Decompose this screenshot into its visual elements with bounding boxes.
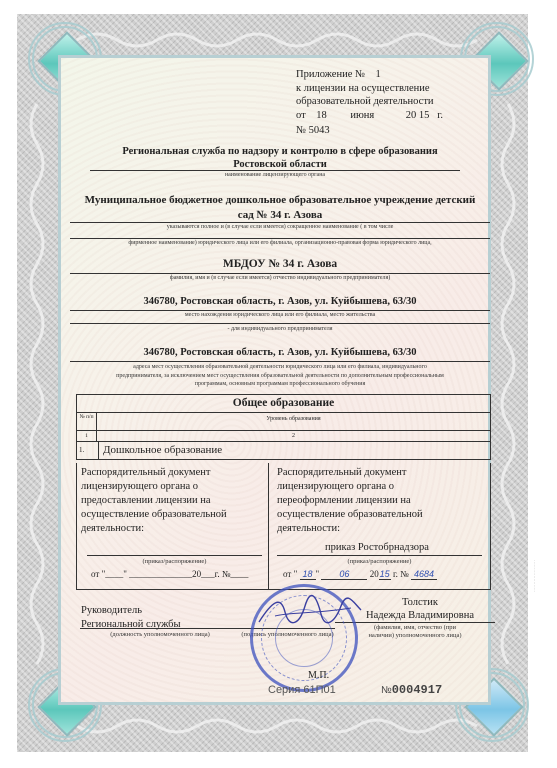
divider [70,273,490,274]
caption: - для индивидуального предпринимателя [70,326,490,332]
caption: указываются полное и (в случае если имее… [70,224,490,230]
appendix-year: 20 15 [406,110,430,121]
text-line: лицензирующего органа о [81,480,268,494]
date-prefix: от [296,110,306,121]
caption: программам, основным программам професси… [70,380,490,389]
grant-order-text: Распорядительный документ лицензирующего… [77,463,268,536]
reissue-order-box: Распорядительный документ лицензирующего… [269,463,490,589]
caption: адреса мест осуществления образовательно… [70,363,490,372]
licensee-full-name: Муниципальное бюджетное дошкольное образ… [70,193,490,223]
number-label: № [296,125,306,136]
order-field-line [87,555,262,556]
appendix-number: 1 [376,69,381,80]
reissue-order-number: 4684 [411,569,437,580]
text-line: лицензирующего органа о [277,480,490,494]
table-title: Общее образование [77,395,490,413]
number-value: 0004917 [392,683,442,697]
table-row: 1. Дошкольное образование [77,442,490,459]
number-label: № [381,685,392,696]
divider [70,222,490,223]
surname: Толстик [345,596,495,609]
date-prefix: от " [283,569,297,579]
text-line: осуществление образовательной [81,508,268,522]
licensee-name-line: Муниципальное бюджетное дошкольное образ… [70,193,490,208]
signatory-name: Толстик Надежда Владимировна [345,596,495,622]
number-label: г. № [393,569,409,579]
reissue-date-line: от " 18" 06 2015 г. № 4684 [283,569,437,580]
divider [70,361,490,362]
authority-caption: наименование лицензирующего органа [90,172,460,178]
year-suffix: г. [437,110,443,121]
reissue-order-text: Распорядительный документ лицензирующего… [269,463,490,536]
caption-block: адреса мест осуществления образовательно… [70,363,490,389]
reissue-month: 06 [321,569,367,580]
divider [80,628,240,629]
grant-order-box: Распорядительный документ лицензирующего… [77,463,269,589]
appendix-label: Приложение № [296,69,365,80]
divider [70,310,490,311]
text-line: Распорядительный документ [277,466,490,480]
series-value: 61П01 [303,684,335,696]
order-caption: (приказ/распоряжение) [277,558,482,565]
appendix-header: Приложение № 1 к лицензии на осуществлен… [296,68,496,138]
reissue-order-value: приказ Ростобрнадзора [277,542,477,553]
table-index-row: 1 2 [77,431,490,442]
position-line: Руководитель [81,604,181,618]
licensee-short-name: МБДОУ № 34 г. Азова [70,258,490,270]
handwritten-signature-icon [255,592,365,630]
text-line: Распорядительный документ [81,466,268,480]
education-table: Общее образование № п/п Уровень образова… [76,394,491,460]
year-prefix: 20 [370,569,379,579]
form-series: Серия 61П01 [268,684,336,696]
order-field-line [277,555,482,556]
grant-date-line: от "____" ______________20___г. №____ [91,569,248,579]
authority-name: Региональная служба по надзору и контрол… [70,145,490,171]
given-names: Надежда Владимировна [345,609,495,622]
seal-label: М.П. [308,670,329,681]
text-line: деятельности: [277,522,490,536]
reissue-day: 18 [300,569,316,580]
form-number: №0004917 [381,683,442,697]
reissue-year: 15 [379,569,391,580]
education-level: Дошкольное образование [99,442,490,459]
text-line: переоформлении лицензии на [277,494,490,508]
printer-imprint: ····················· [532,560,537,592]
index-cell: 2 [97,431,490,441]
row-number: 1. [77,442,99,459]
col-no-header: № п/п [77,413,97,430]
order-documents: Распорядительный документ лицензирующего… [76,463,491,590]
col-level-header: Уровень образования [97,413,490,430]
table-header-row: № п/п Уровень образования [77,413,490,431]
appendix-line: к лицензии на осуществление [296,82,496,96]
text-line: деятельности: [81,522,268,536]
activity-address: 346780, Ростовская область, г. Азов, ул.… [70,347,490,358]
appendix-reg-number: 5043 [309,125,330,136]
appendix-line: образовательной деятельности [296,95,496,109]
divider [70,323,490,324]
appendix-day: 18 [316,110,327,121]
caption: наличии) уполномоченного лица) [335,632,495,640]
series-label: Серия [268,684,300,696]
divider [90,170,460,171]
position-caption: (должность уполномоченного лица) [80,631,240,638]
text-line: осуществление образовательной [277,508,490,522]
text-line: предоставлении лицензии на [81,494,268,508]
appendix-month: июня [350,110,374,121]
legal-address: 346780, Ростовская область, г. Азов, ул.… [70,296,490,307]
caption: фамилия, имя и (в случае если имеется) о… [70,275,490,281]
caption: предпринимателя, за исключением мест осу… [70,372,490,381]
caption: место нахождения юридического лица или е… [70,312,490,318]
authority-name-line: Региональная служба по надзору и контрол… [70,145,490,158]
index-cell: 1 [77,431,97,441]
order-caption: (приказ/распоряжение) [87,558,262,565]
position-line: Региональной службы [81,618,181,632]
caption: фирменное наименование) юридического лиц… [70,240,490,246]
divider [70,238,490,239]
licensee-name-line: сад № 34 г. Азова [70,208,490,223]
